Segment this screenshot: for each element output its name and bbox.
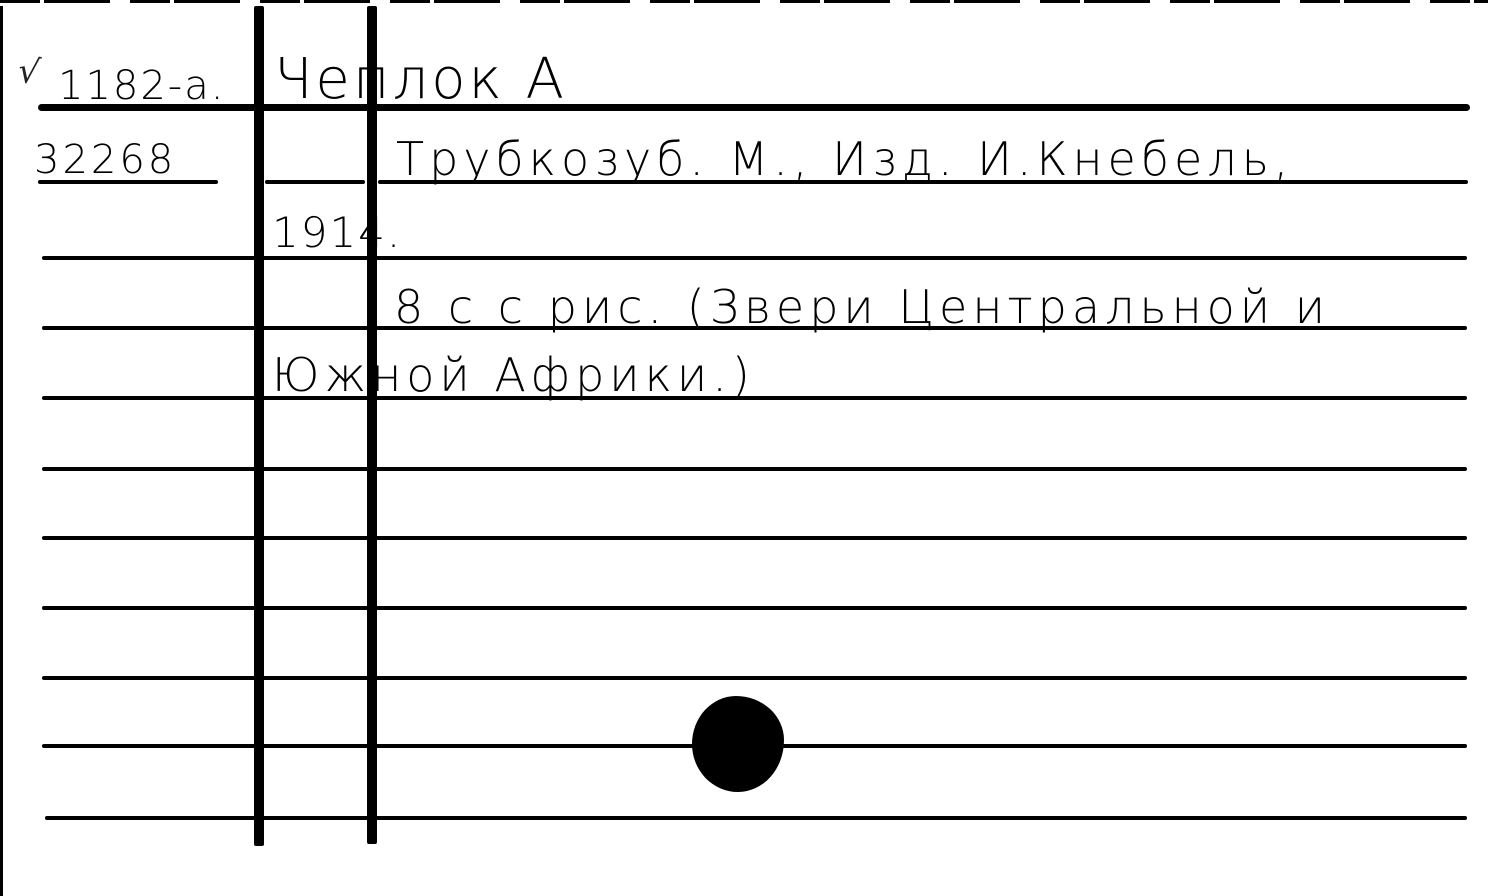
title-line: Трубкозуб. М., Изд. И.Кнебель, — [396, 136, 1293, 182]
column-rule-right — [367, 6, 377, 844]
ruled-line — [42, 676, 1467, 680]
inventory-number: 32268 — [34, 140, 176, 180]
ruled-line — [45, 816, 1467, 820]
punch-hole-dot — [692, 696, 784, 792]
description-line-2: Южной Африки.) — [272, 352, 755, 398]
card-left-edge — [0, 6, 3, 896]
ruled-line — [42, 467, 1467, 471]
card-top-edge — [0, 0, 1488, 3]
ruled-line — [265, 180, 365, 184]
description-line-1: 8 с с рис. (Звери Центральной и — [394, 284, 1330, 330]
ruled-line — [42, 606, 1467, 610]
call-number: 1182-а. — [58, 66, 225, 106]
author-heading: Чеплок А — [274, 52, 567, 108]
catalog-card: √ 1182-а. 32268 Чеплок А Трубкозуб. М., … — [0, 0, 1488, 896]
ruled-line — [42, 256, 1467, 260]
year: 1914. — [272, 212, 402, 254]
header-rule — [38, 104, 1470, 111]
column-rule-left — [254, 6, 264, 846]
ruled-line — [42, 536, 1467, 540]
check-mark: √ — [15, 51, 42, 94]
